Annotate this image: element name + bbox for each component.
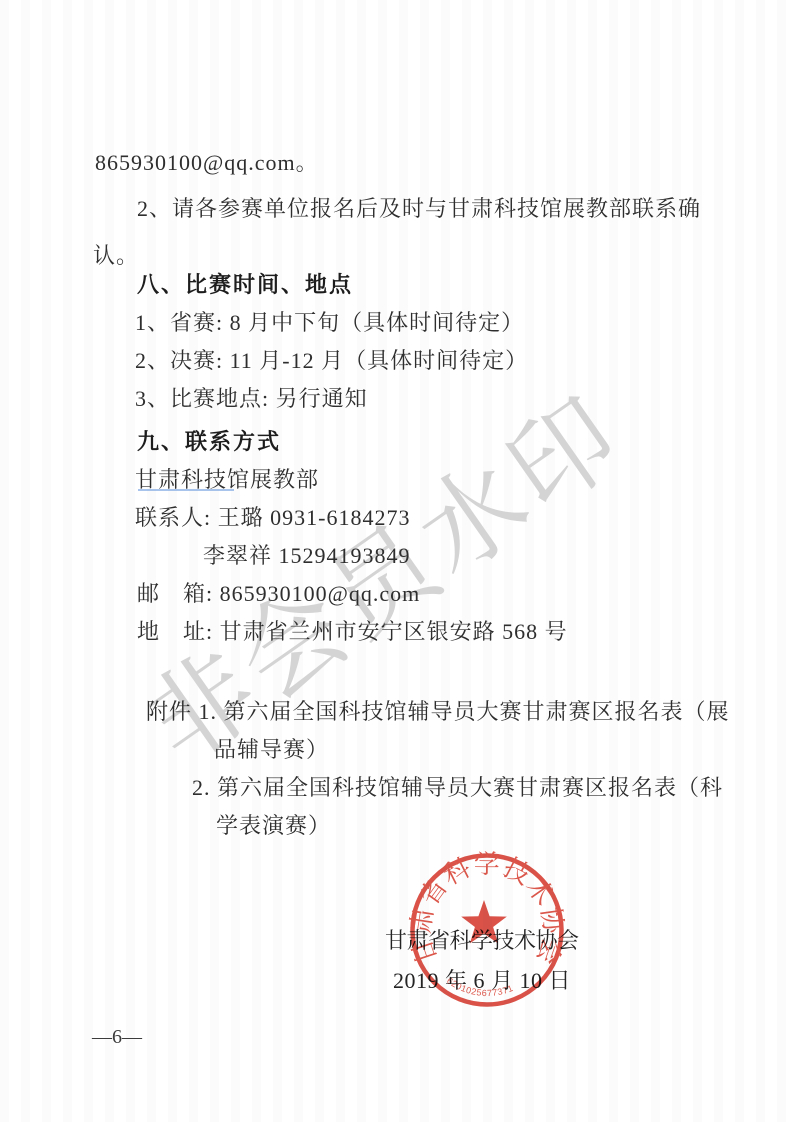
section8-item1: 1、省赛: 8 月中下旬（具体时间待定）	[135, 306, 524, 337]
seal-code-container: 6201025677371	[445, 975, 515, 998]
contact-line2: 李翠祥 15294193849	[203, 539, 411, 570]
section8-item2: 2、决赛: 11 月-12 月（具体时间待定）	[135, 344, 528, 375]
attachment-line2: 品辅导赛）	[214, 733, 329, 764]
official-seal: 甘肃省科学技术协会 6201025677371	[407, 850, 567, 1010]
paragraph2-line2: 认。	[93, 239, 139, 270]
document-page: 非会员水印 865930100@qq.com。 2、请各参赛单位报名后及时与甘肃…	[0, 0, 793, 1122]
contact-line1: 联系人: 王璐 0931-6184273	[135, 501, 410, 532]
scan-blue-underline-artifact	[138, 489, 234, 491]
email-overflow-line: 865930100@qq.com。	[95, 146, 319, 177]
attachment-line3: 2. 第六届全国科技馆辅导员大赛甘肃赛区报名表（科	[192, 771, 723, 802]
attachment-line4: 学表演赛）	[216, 809, 331, 840]
section8-heading: 八、比赛时间、地点	[137, 268, 353, 299]
seal-code: 6201025677371	[445, 975, 515, 998]
paragraph2-line1: 2、请各参赛单位报名后及时与甘肃科技馆展教部联系确	[137, 192, 701, 223]
page-number: —6—	[92, 1026, 142, 1049]
seal-star-icon	[461, 900, 507, 943]
address-line: 地 址: 甘肃省兰州市安宁区银安路 568 号	[137, 615, 568, 646]
section8-item3: 3、比赛地点: 另行通知	[135, 382, 368, 413]
attachment-line1: 附件 1. 第六届全国科技馆辅导员大赛甘肃赛区报名表（展	[146, 695, 730, 726]
section9-heading: 九、联系方式	[137, 425, 281, 456]
email-line: 邮 箱: 865930100@qq.com	[137, 577, 420, 608]
